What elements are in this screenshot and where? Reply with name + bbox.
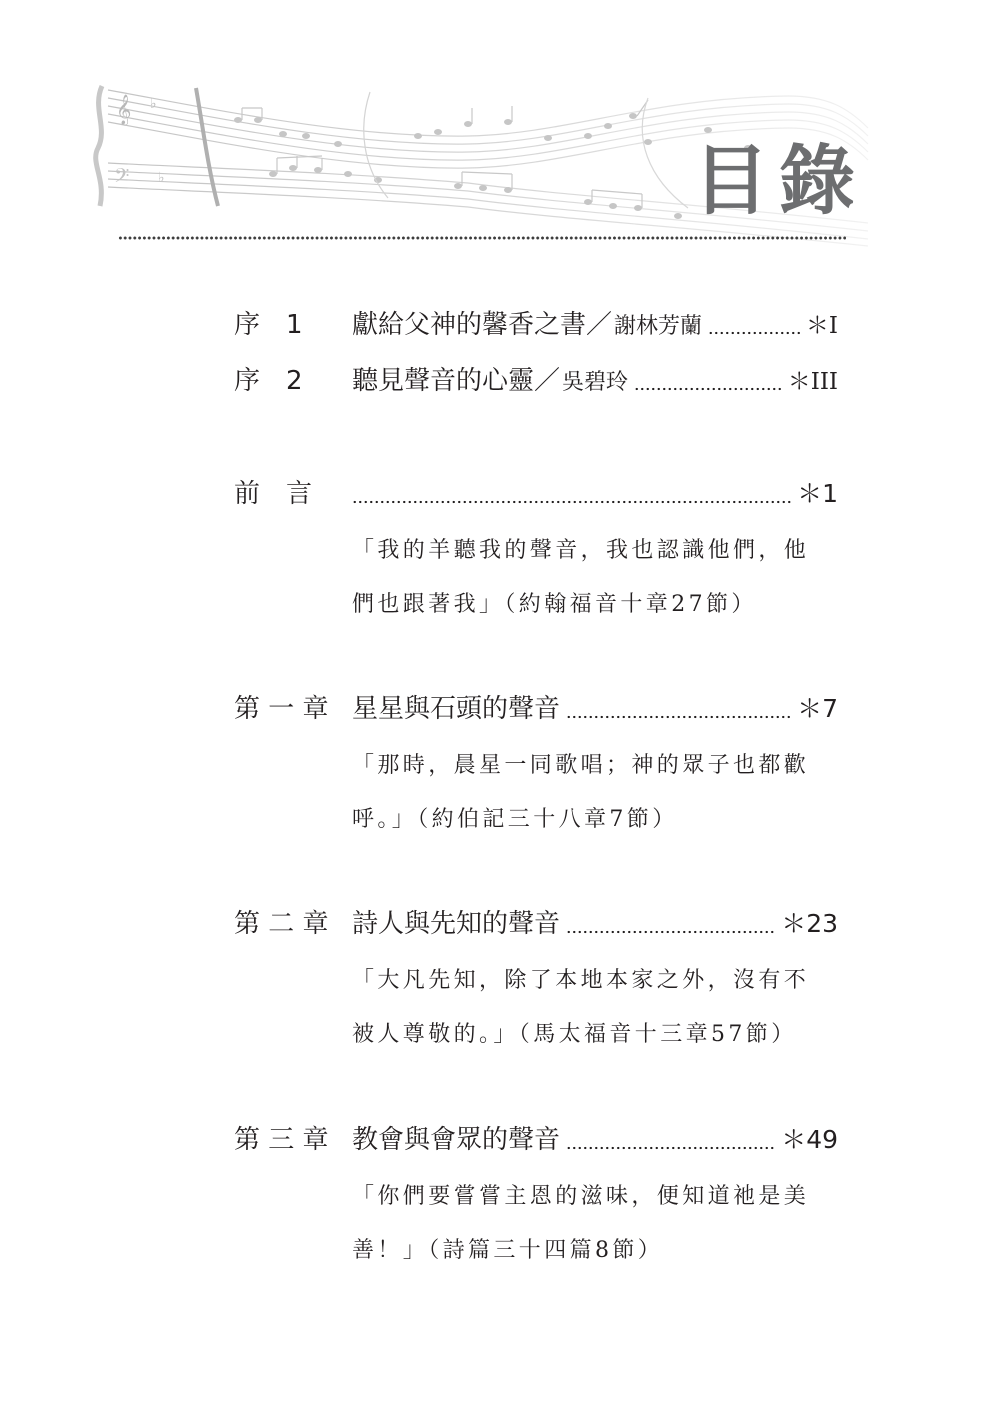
entry-title: 詩人與先知的聲音 xyxy=(352,904,560,944)
entry-title: 星星與石頭的聲音 xyxy=(352,689,560,729)
toc-entry-chapter-1[interactable]: 第 一 章 星星與石頭的聲音 ＊7 「那時，晨星一同歌唱；神的眾子也都歡 呼。」… xyxy=(234,689,838,847)
epigraph-line: 「你們要嘗嘗主恩的滋味，便知道祂是美 xyxy=(352,1170,852,1224)
dot-leader xyxy=(566,930,775,934)
entry-epigraph: 「我的羊聽我的聲音，我也認識他們，他 們也跟著我」（約翰福音十章27節） xyxy=(352,524,852,632)
dot-leader xyxy=(352,500,791,504)
entry-page-number: ＊7 xyxy=(797,689,838,729)
epigraph-line: 呼。」（約伯記三十八章7節） xyxy=(352,793,852,847)
entry-epigraph: 「你們要嘗嘗主恩的滋味，便知道祂是美 善！」（詩篇三十四篇8節） xyxy=(352,1170,852,1278)
entry-label: 第 二 章 xyxy=(234,904,352,944)
dot-leader xyxy=(634,387,782,391)
entry-label: 第 三 章 xyxy=(234,1120,352,1160)
entry-page-number: ＊1 xyxy=(797,474,838,514)
svg-text:𝄞: 𝄞 xyxy=(116,94,131,126)
entry-label: 序 2 xyxy=(234,361,352,401)
entry-page-number: ＊49 xyxy=(781,1120,838,1160)
svg-text:𝄢: 𝄢 xyxy=(114,164,129,192)
dot-leader xyxy=(708,331,800,335)
epigraph-line: 「我的羊聽我的聲音，我也認識他們，他 xyxy=(352,524,852,578)
entry-title: 教會與會眾的聲音 xyxy=(352,1120,560,1160)
svg-text:♭: ♭ xyxy=(150,96,157,112)
entry-label: 序 1 xyxy=(234,305,352,345)
epigraph-line: 善！」（詩篇三十四篇8節） xyxy=(352,1224,852,1278)
dot-leader xyxy=(566,1146,775,1150)
entry-epigraph: 「大凡先知，除了本地本家之外，沒有不 被人尊敬的。」（馬太福音十三章57節） xyxy=(352,954,852,1062)
svg-text:♭: ♭ xyxy=(158,170,165,186)
toc-entry-foreword[interactable]: 前 言 ＊1 「我的羊聽我的聲音，我也認識他們，他 們也跟著我」（約翰福音十章2… xyxy=(234,474,838,632)
dot-leader xyxy=(566,715,791,719)
toc-entry-chapter-3[interactable]: 第 三 章 教會與會眾的聲音 ＊49 「你們要嘗嘗主恩的滋味，便知道祂是美 善！… xyxy=(234,1120,838,1278)
toc-entry-preface-1[interactable]: 序 1 獻給父神的馨香之書 ／ 謝林芳蘭 ＊I xyxy=(234,305,838,345)
entry-page-number: ＊I xyxy=(806,306,838,346)
entry-separator: ／ xyxy=(534,361,560,401)
epigraph-line: 「大凡先知，除了本地本家之外，沒有不 xyxy=(352,954,852,1008)
entry-epigraph: 「那時，晨星一同歌唱；神的眾子也都歡 呼。」（約伯記三十八章7節） xyxy=(352,739,852,847)
toc-entry-chapter-2[interactable]: 第 二 章 詩人與先知的聲音 ＊23 「大凡先知，除了本地本家之外，沒有不 被人… xyxy=(234,904,838,1062)
toc-header: 𝄞 𝄢 ♭ ♭ xyxy=(0,0,1000,260)
entry-page-number: ＊23 xyxy=(781,904,838,944)
entry-page-number: ＊III xyxy=(788,362,838,402)
entry-label: 前 言 xyxy=(234,474,352,514)
epigraph-line: 被人尊敬的。」（馬太福音十三章57節） xyxy=(352,1008,852,1062)
epigraph-line: 「那時，晨星一同歌唱；神的眾子也都歡 xyxy=(352,739,852,793)
epigraph-line: 們也跟著我」（約翰福音十章27節） xyxy=(352,578,852,632)
page-title: 目錄 xyxy=(693,136,865,226)
entry-author: 謝林芳蘭 xyxy=(614,307,702,347)
toc-entry-preface-2[interactable]: 序 2 聽見聲音的心靈 ／ 吳碧玲 ＊III xyxy=(234,361,838,401)
entry-separator: ／ xyxy=(586,305,612,345)
entry-title: 聽見聲音的心靈 xyxy=(352,361,534,401)
entry-label: 第 一 章 xyxy=(234,689,352,729)
title-dotted-divider xyxy=(118,236,846,240)
entry-author: 吳碧玲 xyxy=(562,363,628,403)
entry-title: 獻給父神的馨香之書 xyxy=(352,305,586,345)
